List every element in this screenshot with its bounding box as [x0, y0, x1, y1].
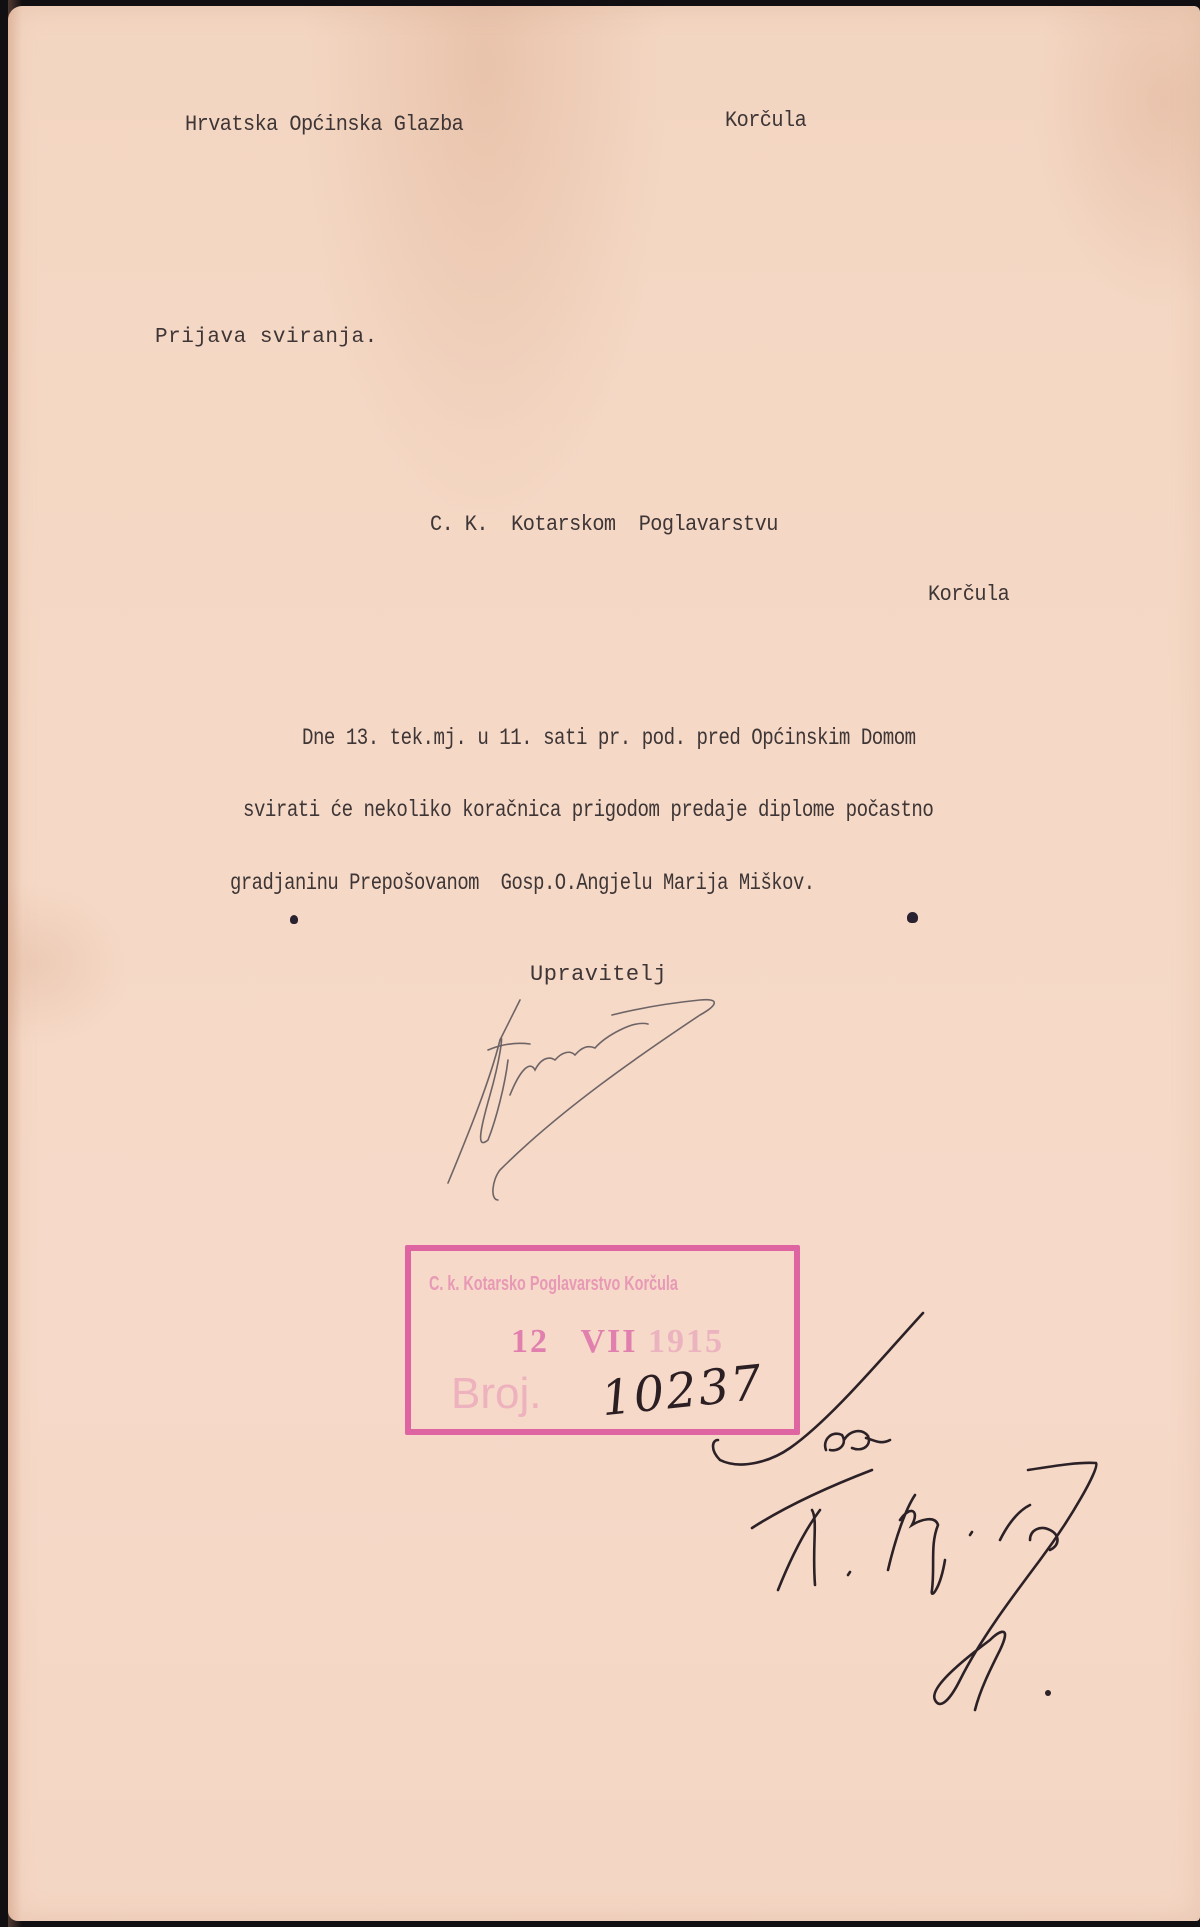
sender-place: Korčula	[725, 108, 806, 133]
stamp-date: 12 VII 1915	[511, 1323, 724, 1361]
body-line-1: Dne 13. tek.mj. u 11. sati pr. pod. pred…	[302, 725, 916, 751]
stamp-number-label: Broj.	[451, 1369, 541, 1419]
ink-spot	[290, 915, 298, 924]
body-line-3: gradjaninu Prepošovanom Gosp.O.Angjelu M…	[230, 870, 815, 896]
stamp-year: 1915	[648, 1323, 724, 1360]
stamp-number: 10237	[599, 1355, 767, 1428]
stamp-office: C. k. Kotarsko Poglavarstvo Korčula	[429, 1273, 678, 1296]
paper-edge-stain	[8, 0, 22, 1927]
subject: Prijava sviranja.	[155, 326, 378, 349]
closing-title: Upravitelj	[530, 962, 667, 987]
recipient: C. K. Kotarskom Poglavarstvu	[430, 512, 778, 537]
stamp-day: 12	[511, 1323, 549, 1360]
body-line-2: svirati će nekoliko koračnica prigodom p…	[243, 797, 933, 823]
stamp-month: VII	[581, 1323, 638, 1360]
registry-stamp: C. k. Kotarsko Poglavarstvo Korčula 12 V…	[405, 1245, 800, 1435]
recipient-place: Korčula	[928, 582, 1009, 607]
ink-spot	[907, 912, 918, 923]
sender-name: Hrvatska Općinska Glazba	[185, 112, 463, 137]
